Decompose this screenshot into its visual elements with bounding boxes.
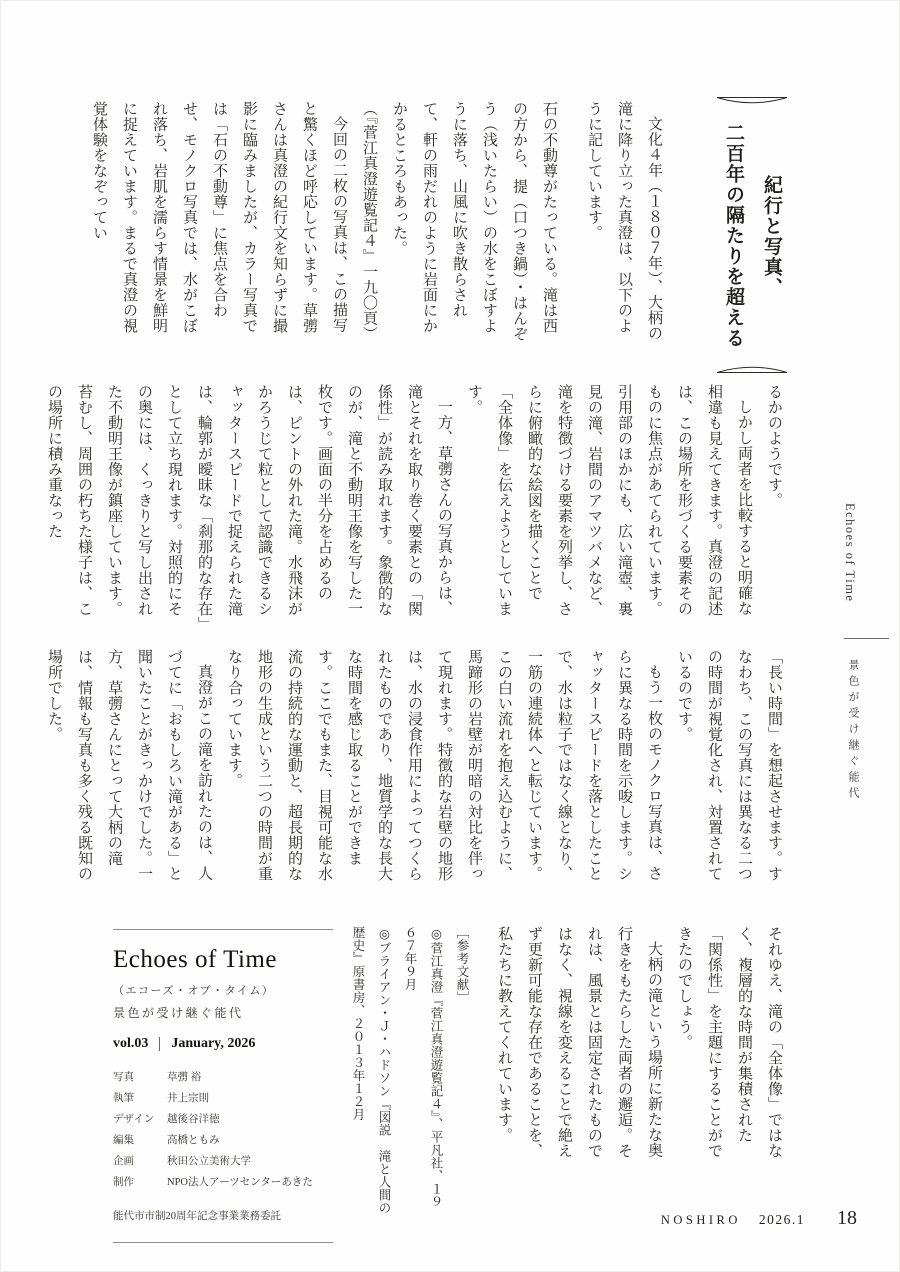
- page-footer: NOSHIRO 2026.1 18: [661, 1207, 857, 1230]
- magazine-page: 紀行と写真、 二百年の隔たりを超える 文化４年（１８０７年）、大柄の滝に降り立っ…: [0, 0, 900, 1272]
- credits-list: 写真 草彅 裕 執筆 井上宗則 デザイン 越後谷洋徳 編集 高橋ともみ 企画 秋…: [113, 1067, 333, 1193]
- article-title: 紀行と写真、 二百年の隔たりを超える: [714, 120, 790, 352]
- credit-row: 編集 高橋ともみ: [113, 1130, 333, 1151]
- paragraph: るかのようです。: [759, 384, 789, 630]
- running-head-english: Echoes of Time: [842, 503, 857, 602]
- credit-value: 越後谷洋徳: [167, 1109, 220, 1130]
- paragraph: 大柄の滝という場所に新たな奥行きをもたらした両者の邂逅。それは、風景とは固定され…: [489, 926, 669, 1172]
- running-head-divider: [844, 638, 889, 639]
- commission-note: 能代市市制20周年記念事業業務委託: [113, 1208, 333, 1223]
- volume-number: vol.03: [113, 1036, 148, 1052]
- colophon-series-title: Echoes of Time: [113, 946, 333, 974]
- reference-item: ◎菅江真澄『菅江真澄遊覧記４』、平凡社、１９６７年９月: [397, 926, 449, 1218]
- paragraph: しかし両者を比較すると明確な相違も見えてきます。真澄の記述は、この場所を形づくる…: [459, 384, 759, 630]
- credit-label: 編集: [113, 1130, 167, 1151]
- references-heading: ［参考文献］: [449, 926, 475, 1218]
- quote-paragraph: 石の不動尊がたっている。滝は西の方から、提（口つき鍋）・はんぞう（浅いたらい）の…: [384, 101, 579, 347]
- page-number: 18: [837, 1207, 857, 1230]
- credit-row: 執筆 井上宗則: [113, 1088, 333, 1109]
- reference-item: ◎ブライアン・Ｊ・ハドソン『図説 滝と人間の歴史』原書房、２０１３年１２月: [345, 926, 397, 1218]
- credit-label: 企画: [113, 1151, 167, 1172]
- credit-value: 井上宗則: [167, 1088, 209, 1109]
- volume-separator: [159, 1037, 160, 1051]
- credit-value: NPO法人アーツセンターあきた: [167, 1172, 313, 1193]
- running-head-japanese: 景色が受け継ぐ能代: [845, 659, 861, 803]
- article-title-line2: 二百年の隔たりを超える: [714, 120, 752, 352]
- credit-label: 写真: [113, 1067, 167, 1088]
- body-band-2: るかのようです。 しかし両者を比較すると明確な相違も見えてきます。真澄の記述は、…: [39, 384, 789, 630]
- article-title-block: 紀行と写真、 二百年の隔たりを超える: [711, 96, 793, 374]
- colophon-volume-line: vol.03 January, 2026: [113, 1036, 333, 1052]
- credit-row: 企画 秋田公立美術大学: [113, 1151, 333, 1172]
- colophon-bottom-rule: [113, 1242, 333, 1243]
- references-block: ［参考文献］ ◎菅江真澄『菅江真澄遊覧記４』、平凡社、１９６７年９月 ◎ブライア…: [345, 926, 475, 1218]
- credit-value: 高橋ともみ: [167, 1130, 220, 1151]
- credit-value: 草彅 裕: [167, 1067, 201, 1088]
- quote-citation: （『菅江真澄遊覧記４』一九〇頁）: [354, 101, 384, 347]
- body-band-4: それゆえ、滝の「全体像」ではなく、複層的な時間が集積された「関係性」を主題にする…: [489, 926, 789, 1172]
- body-band-1: 文化４年（１８０７年）、大柄の滝に降り立った真澄は、以下のように記しています。 …: [84, 101, 669, 347]
- magazine-name: NOSHIRO: [661, 1213, 741, 1228]
- colophon-series-kana: （エコーズ・オブ・タイム）: [113, 982, 333, 998]
- paragraph: 一方、草彅さんの写真からは、滝とそれを取り巻く要素との「関係性」が読み取れます。…: [39, 384, 459, 630]
- issue-date: January, 2026: [171, 1036, 255, 1052]
- paragraph: もう一枚のモノクロ写真は、さらに異なる時間を示唆します。シャッタースピードを落と…: [219, 649, 669, 895]
- article-title-line1: 紀行と写真、: [752, 120, 790, 352]
- paragraph: それゆえ、滝の「全体像」ではなく、複層的な時間が集積された「関係性」を主題にする…: [669, 926, 789, 1172]
- paragraph: 「長い時間」を想起させます。すなわち、この写真には異なる二つの時間が視覚化され、…: [669, 649, 789, 895]
- credit-row: 制作 NPO法人アーツセンターあきた: [113, 1172, 333, 1193]
- credit-label: 執筆: [113, 1088, 167, 1109]
- paragraph: 今回の二枚の写真は、この描写と驚くほど呼応しています。草彅さんは真澄の紀行文を知…: [84, 101, 354, 347]
- paragraph: 文化４年（１８０７年）、大柄の滝に降り立った真澄は、以下のように記しています。: [579, 101, 669, 347]
- colophon: Echoes of Time （エコーズ・オブ・タイム） 景色が受け継ぐ能代 v…: [113, 929, 333, 1243]
- credit-label: デザイン: [113, 1109, 167, 1130]
- colophon-series-subtitle: 景色が受け継ぐ能代: [113, 1004, 333, 1021]
- body-band-3: 「長い時間」を想起させます。すなわち、この写真には異なる二つの時間が視覚化され、…: [39, 649, 789, 895]
- title-bracket-bottom-icon: [716, 360, 788, 374]
- title-bracket-top-icon: [716, 96, 788, 110]
- credit-value: 秋田公立美術大学: [167, 1151, 251, 1172]
- paragraph: 真澄がこの滝を訪れたのは、人づてに「おもしろい滝がある」と聞いたことがきっかけで…: [39, 649, 219, 895]
- credit-row: デザイン 越後谷洋徳: [113, 1109, 333, 1130]
- credit-label: 制作: [113, 1172, 167, 1193]
- credit-row: 写真 草彅 裕: [113, 1067, 333, 1088]
- colophon-top-rule: [113, 929, 333, 930]
- issue-label: 2026.1: [759, 1212, 805, 1228]
